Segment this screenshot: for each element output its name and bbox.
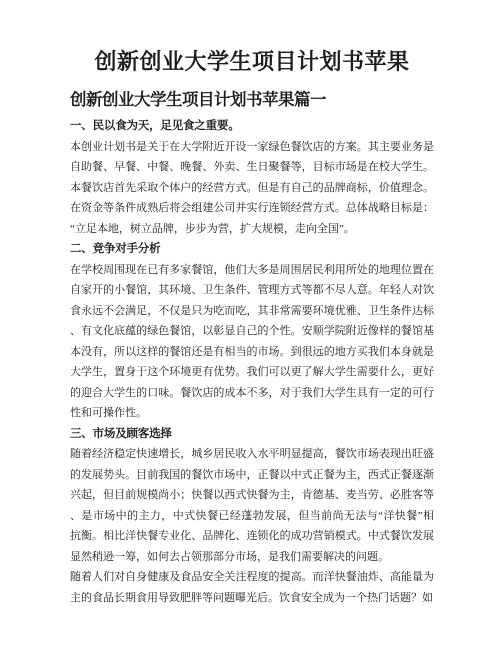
body-line: 随着经济稳定快速增长，城乡居民收入水平明显提高，餐饮市场表现出旺盛 [70,444,434,465]
body-line: 在学校周围现在已有多家餐馆，他们大多是周围居民利用所处的地理位置在 [70,260,434,281]
body-line: 兴起，但目前规模尚小；快餐以西式快餐为主，肯德基、麦当劳、必胜客等 [70,485,434,506]
body-line: 的迎合大学生的口味。餐饮店的成本不多，对于我们大学生具有一定的可行 [70,383,434,404]
document-page: 创新创业大学生项目计划书苹果 创新创业大学生项目计划书苹果篇一 一、民以食为天，… [0,0,500,647]
document-content: 创新创业大学生项目计划书苹果 创新创业大学生项目计划书苹果篇一 一、民以食为天，… [0,0,500,608]
body-line: 大学生，置身于这个环境更有优势。我们可以更了解大学生需要什么，更好 [70,362,434,383]
body-line: 的发展势头。目前我国的餐饮市场中，正餐以中式正餐为主，西式正餐逐渐 [70,465,434,486]
body-line: 随着人们对自身健康及食品安全关注程度的提高。而洋快餐油炸、高能量为 [70,567,434,588]
body-line: 本创业计划书是关于在大学附近开设一家绿色餐饮店的方案。其主要业务是 [70,137,434,158]
page-title: 创新创业大学生项目计划书苹果 [70,46,434,78]
page-subtitle: 创新创业大学生项目计划书苹果篇一 [70,87,434,113]
body-line: 、是市场中的主力，中式快餐已经蓬勃发展，但当前尚无法与“洋快餐”相 [70,506,434,527]
document-sections: 一、民以食为天，足见食之重要。本创业计划书是关于在大学附近开设一家绿色餐饮店的方… [70,116,434,608]
body-line: 性和可操作性。 [70,403,434,424]
body-line: 自助餐、早餐、中餐、晚餐、外卖、生日聚餐等，目标市场是在校大学生。 [70,157,434,178]
section-heading: 三、市场及顾客选择 [70,424,434,445]
body-line: 本餐饮店首先采取个体户的经营方式。但是有自己的品牌商标，价值理念。 [70,178,434,199]
body-line: 显然稍逊一筹，如何去占领那部分市场，是我们需要解决的问题。 [70,547,434,568]
section-heading: 一、民以食为天，足见食之重要。 [70,116,434,137]
body-line: 本没有，所以这样的餐馆还是有相当的市场。到很远的地方买我们本身就是 [70,342,434,363]
body-line: 主的食品长期食用导致肥胖等问题曝光后。饮食安全成为一个热门话题？如 [70,588,434,609]
body-line: 在资金等条件成熟后将会组建公司并实行连锁经营方式。总体战略目标是： [70,198,434,219]
body-line: 抗衡。相比洋快餐专业化、品牌化、连锁化的成功营销模式。中式餐饮发展 [70,526,434,547]
body-line: 自家开的小餐馆，其环境、卫生条件、管理方式等都不尽人意。年轻人对饮 [70,280,434,301]
body-line: “立足本地，树立品牌，步步为营，扩大规模，走向全国”。 [70,219,434,240]
body-line: 食永远不会满足，不仅是只为吃而吃，其非常需要环境优雅、卫生条件达标 [70,301,434,322]
section-heading: 二、竞争对手分析 [70,239,434,260]
body-line: 、有文化底蕴的绿色餐馆，以彰显自己的个性。安顺学院附近像样的餐馆基 [70,321,434,342]
